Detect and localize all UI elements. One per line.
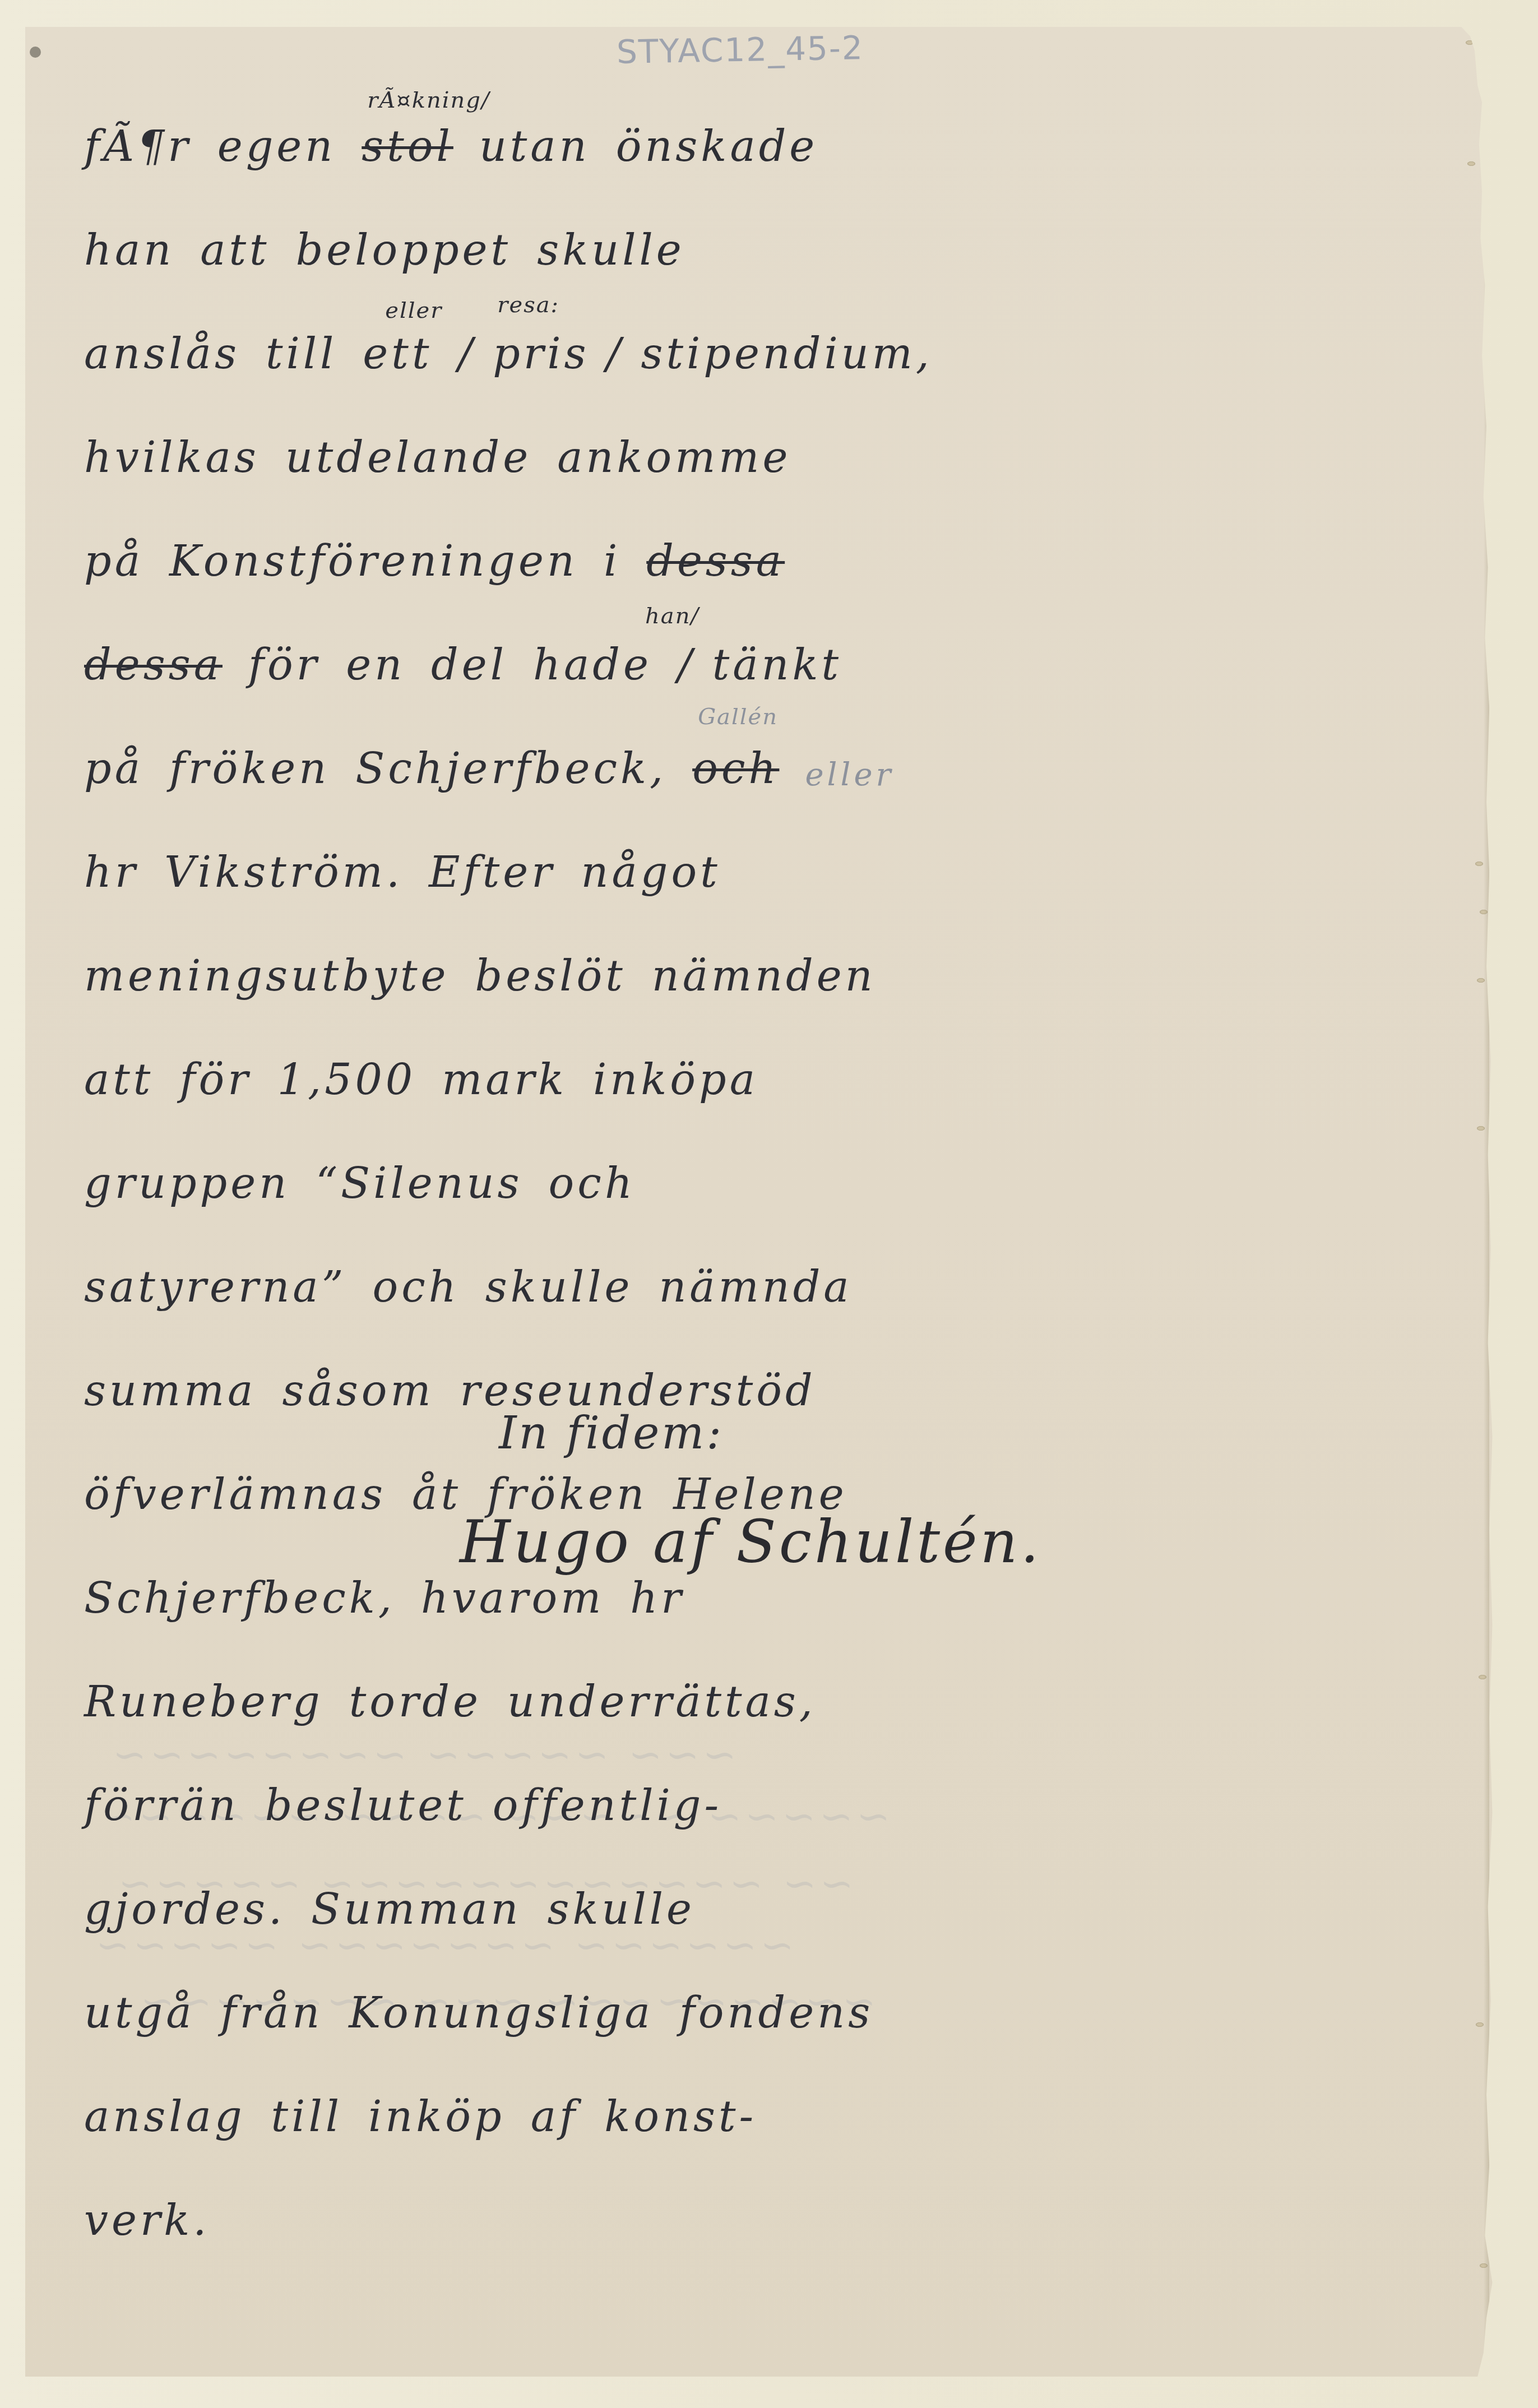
struck-word: och Gallén [692,743,779,793]
ink-spot [30,47,41,58]
word: utgå [84,1988,194,2037]
letter-line-9: meningsutbyte beslöt nämnden [84,897,1037,1001]
letter-line-8: hr Vikström. Efter något [84,793,1037,897]
letter-line-7: på fröken Schjerfbeck, och Gallén eller [84,689,1037,793]
word: för [179,1054,251,1104]
struck-word: stol rÃ¤kning/ [362,121,453,171]
word: fröken [169,743,330,793]
paper-hole [1475,862,1483,866]
word: en [346,640,405,689]
word: hr [630,1573,684,1623]
word: konst- [604,2091,757,2141]
word: nämnda [659,1262,852,1312]
pencil-insertion: Gallén [698,704,778,730]
word: önskade [616,121,818,171]
letter-line-5: på Konstföreningen i dessa [84,482,1037,586]
struck-word: dessa [646,536,785,586]
word: utan [479,121,590,171]
word: för [248,640,320,689]
word: “Silenus [316,1158,522,1208]
word: fondens [679,1988,873,2037]
paper-hole [1477,978,1485,983]
word: gjordes. [84,1884,285,1934]
word: af [531,2091,578,2141]
paper-hole [1476,2022,1484,2027]
letter-line-11: gruppen “Silenus och [84,1104,1037,1208]
letter-line-1: fÃ¶r egen stol rÃ¤kning/ utan önskade [84,67,1037,171]
letter-line-17: förrän beslutet offentlig- [84,1726,1037,1830]
word: i [604,536,620,586]
word: öfverlämnas [84,1469,386,1519]
word: Efter [429,847,555,897]
word: och [373,1262,460,1312]
word: från [220,1988,323,2037]
word: på [84,536,143,586]
paper-hole [1480,2263,1488,2268]
struck-word: dessa [84,640,223,689]
word: meningsutbyte [84,951,450,1001]
word: anslås [84,328,240,378]
word: och [549,1158,636,1208]
word: han [84,225,174,275]
word: skulle [537,225,685,275]
word: summa [84,1365,256,1415]
word: såsom [282,1365,434,1415]
word: Schjerfbeck, [84,1573,395,1623]
word: mark [442,1054,567,1104]
word: hade han/ [533,640,652,689]
word: åt [412,1469,461,1519]
word: inköp [368,2091,505,2141]
word: beloppet [296,225,512,275]
word: ankomme [557,432,791,482]
letter-line-6: dessa för en del hade han/ / tänkt [84,586,1037,689]
word: till [271,2091,342,2141]
word: hvilkas [84,432,260,482]
word: gruppen [84,1158,290,1208]
word: hr [84,847,138,897]
letter-line-13: summa såsom reseunderstöd [84,1312,1037,1415]
word: fÃ¶r [84,121,192,171]
paper-hole [1477,1126,1485,1131]
letter-body: fÃ¶r egen stol rÃ¤kning/ utan önskade ha… [84,67,1037,2245]
word: förrän [84,1780,239,1830]
letter-line-4: hvilkas utdelande ankomme [84,378,1037,482]
interlinear-insertion: han/ [645,603,699,629]
word: beslöt [475,951,626,1001]
word: utdelande [285,432,531,482]
word: del [431,640,507,689]
word: att [84,1054,154,1104]
word: på [84,743,143,793]
word: Vikström. [164,847,403,897]
letter-line-3: anslås till ett eller resa: / pris / sti… [84,275,1037,378]
letter-line-2: han att beloppet skulle [84,171,1037,275]
letter-line-18: gjordes. Summan skulle [84,1830,1037,1934]
word: offentlig- [493,1780,722,1830]
closing-phrase: In fidem: [499,1407,724,1459]
paper-hole [1467,161,1475,166]
word: / tänkt [678,640,842,689]
word: att [200,225,270,275]
word: Schjerfbeck, [355,743,666,793]
word: hvarom [421,1573,604,1623]
word: Konungsliga [349,1988,654,2037]
word: Summan [311,1884,521,1934]
letter-line-10: att för 1,500 mark inköpa [84,1001,1037,1104]
word: något [581,847,721,897]
word: Konstföreningen [169,536,578,586]
signature: Hugo af Schultén. [460,1508,1042,1576]
word: skulle [485,1262,633,1312]
word: inköpa [593,1054,758,1104]
interlinear-insertion: eller [385,298,442,323]
word: ett eller resa: [363,328,432,378]
word: nämnden [652,951,876,1001]
word: skulle [548,1884,696,1934]
paper-hole [1479,1675,1486,1679]
word: till [266,328,337,378]
pencil-insertion: eller [805,757,894,793]
word: underrättas, [507,1677,816,1726]
letter-line-21: verk. [84,2141,1037,2245]
word: egen [217,121,336,171]
word: anslag [84,2091,245,2141]
word: Runeberg [84,1677,323,1726]
word: torde [349,1677,481,1726]
word: / pris / stipendium, [458,328,933,378]
word: verk. [84,2195,210,2245]
letter-line-16: Runeberg torde underrättas, [84,1623,1037,1726]
word: beslutet [265,1780,467,1830]
letter-line-19: utgå från Konungsliga fondens [84,1934,1037,2037]
catalog-number: STYAC12_45-2 [616,29,864,71]
letter-line-12: satyrerna” och skulle nämnda [84,1208,1037,1312]
amount: 1,500 [277,1054,416,1104]
letter-line-20: anslag till inköp af konst- [84,2037,1037,2141]
paper-hole [1480,910,1488,914]
word: satyrerna” [84,1262,347,1312]
interlinear-insertion: rÃ¤kning/ [367,87,490,113]
interlinear-insertion: resa: [497,292,559,318]
